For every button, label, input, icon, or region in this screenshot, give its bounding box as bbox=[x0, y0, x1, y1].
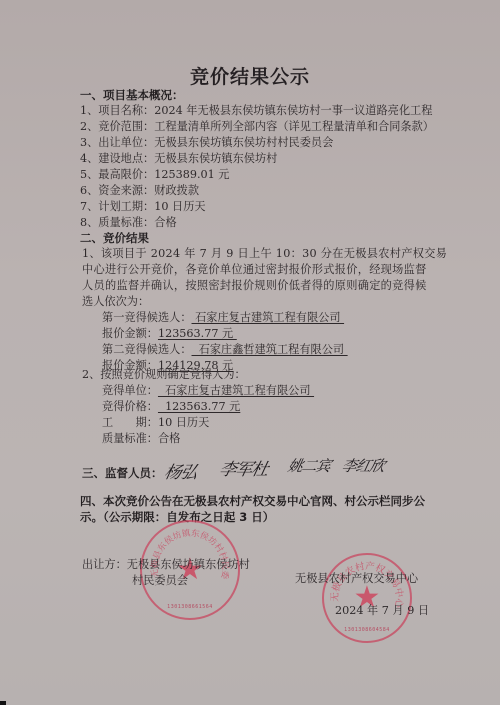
item-project-name: 1、项目名称：2024 年无极县东侯坊镇东侯坊村一事一议道路亮化工程 bbox=[80, 104, 432, 118]
issuer: 出让方：无极县东侯坊镇东侯坊村 bbox=[82, 558, 250, 572]
candidate-name: 石家庄鑫哲建筑工程有限公司 bbox=[192, 343, 348, 356]
item-location: 4、建设地点：无极县东侯坊镇东侯坊村 bbox=[80, 152, 277, 166]
item-period: 7、计划工期：10 日历天 bbox=[80, 200, 206, 214]
item-value: 10 日历天 bbox=[154, 200, 205, 213]
section2-heading: 二、竞价结果 bbox=[80, 231, 149, 245]
signature: 李军杜 bbox=[217, 455, 270, 480]
winner-price-label: 竞得价格： bbox=[102, 400, 158, 413]
winner-unit: 竞得单位： 石家庄复古建筑工程有限公司 bbox=[102, 384, 314, 398]
issuer-name-line2: 村民委员会 bbox=[132, 574, 188, 588]
photo-corner bbox=[0, 701, 6, 705]
candidate-name: 石家庄复古建筑工程有限公司 bbox=[192, 311, 345, 324]
document-page: 竞价结果公示 一、项目基本概况： 1、项目名称：2024 年无极县东侯坊镇东侯坊… bbox=[0, 0, 500, 705]
winner-quality-label: 质量标准： bbox=[102, 432, 158, 445]
item-max-price: 5、最高限价：125389.01 元 bbox=[80, 168, 230, 182]
item-transferor: 3、出让单位：无极县东侯坊镇东侯坊村村民委员会 bbox=[80, 136, 333, 150]
stamp-code: 1301308604584 bbox=[344, 627, 390, 633]
item-label: 8、质量标准： bbox=[80, 216, 154, 229]
item-value: 125389.01 元 bbox=[154, 168, 229, 181]
item-label: 3、出让单位： bbox=[80, 136, 154, 149]
signature: 姚二宾 bbox=[286, 455, 332, 476]
candidate-label: 第二竞得候选人： bbox=[102, 343, 192, 356]
item-label: 6、资金来源： bbox=[80, 184, 154, 197]
item-label: 7、计划工期： bbox=[80, 200, 154, 213]
winner-period: 工 期：10 日历天 bbox=[102, 416, 209, 430]
signature: 李红欣 bbox=[340, 455, 386, 476]
item-label: 4、建设地点： bbox=[80, 152, 154, 165]
winner-price: 竞得价格： 123563.77 元 bbox=[102, 400, 240, 414]
item-value: 财政拨款 bbox=[154, 184, 199, 197]
stamp-code: 1301308661564 bbox=[167, 604, 213, 610]
item-value: 合格 bbox=[154, 216, 176, 229]
document-date: 2024 年 7 月 9 日 bbox=[335, 604, 429, 618]
winner-quality: 质量标准：合格 bbox=[102, 432, 180, 446]
winner-period-value: 10 日历天 bbox=[158, 416, 209, 429]
candidate-2: 第二竞得候选人： 石家庄鑫哲建筑工程有限公司 bbox=[102, 343, 348, 357]
item-quality: 8、质量标准：合格 bbox=[80, 216, 177, 230]
winner-period-label: 工 期： bbox=[102, 416, 158, 429]
exchange-center-stamp: 无极县农村产权交易中心 ★ 1301308604584 bbox=[322, 553, 412, 643]
result-paragraph-line: 选人依次为： bbox=[82, 295, 149, 309]
item-value: 工程量清单所列全部内容（详见工程量清单和合同条款） bbox=[154, 120, 434, 133]
price-label: 报价金额： bbox=[102, 327, 158, 340]
winner-unit-value: 石家庄复古建筑工程有限公司 bbox=[158, 384, 314, 397]
candidate-label: 第一竞得候选人： bbox=[102, 311, 192, 324]
result-paragraph-line: 1、该项目于 2024 年 7 月 9 日上午 10：30 分在无极县农村产权交… bbox=[82, 247, 447, 261]
item-value: 无极县东侯坊镇东侯坊村 bbox=[154, 152, 277, 165]
issuer-label: 出让方： bbox=[82, 558, 127, 571]
candidate-1-price: 报价金额：123563.77 元 bbox=[102, 327, 237, 341]
winner-price-value: 123563.77 元 bbox=[158, 400, 240, 413]
winner-unit-label: 竞得单位： bbox=[102, 384, 158, 397]
item-label: 5、最高限价： bbox=[80, 168, 154, 181]
document-title: 竞价结果公示 bbox=[0, 62, 500, 89]
result-paragraph-line: 中心进行公开竞价，各竞价单位通过密封报价形式报价，经现场监督 bbox=[82, 263, 427, 277]
result-paragraph-line: 人员的监督并确认，按照密封报价规则价低者得的原则确定的竞得候 bbox=[82, 279, 427, 293]
price-value: 123563.77 元 bbox=[158, 327, 237, 340]
exchange-center-name: 无极县农村产权交易中心 bbox=[295, 572, 418, 586]
section1-heading: 一、项目基本概况： bbox=[80, 88, 184, 102]
winner-quality-value: 合格 bbox=[158, 432, 180, 445]
section3-heading: 三、监督人员： bbox=[82, 466, 163, 480]
item-label: 1、项目名称： bbox=[80, 104, 154, 117]
item-funding: 6、资金来源：财政拨款 bbox=[80, 184, 199, 198]
item-value: 2024 年无极县东侯坊镇东侯坊村一事一议道路亮化工程 bbox=[154, 104, 432, 117]
winner-heading-text: 2、按照竞价规则确定竞得人为： bbox=[82, 368, 246, 382]
candidate-1: 第一竞得候选人： 石家庄复古建筑工程有限公司 bbox=[102, 311, 344, 325]
section4-line: 四、本次竞价公告在无极县农村产权交易中心官网、村公示栏同步公 bbox=[80, 494, 425, 508]
item-label: 2、竞价范围： bbox=[80, 120, 154, 133]
signature: 杨弘 bbox=[162, 458, 199, 483]
item-value: 无极县东侯坊镇东侯坊村村民委员会 bbox=[154, 136, 333, 149]
item-scope: 2、竞价范围：工程量清单所列全部内容（详见工程量清单和合同条款） bbox=[80, 120, 434, 134]
issuer-name: 无极县东侯坊镇东侯坊村 bbox=[127, 558, 250, 571]
